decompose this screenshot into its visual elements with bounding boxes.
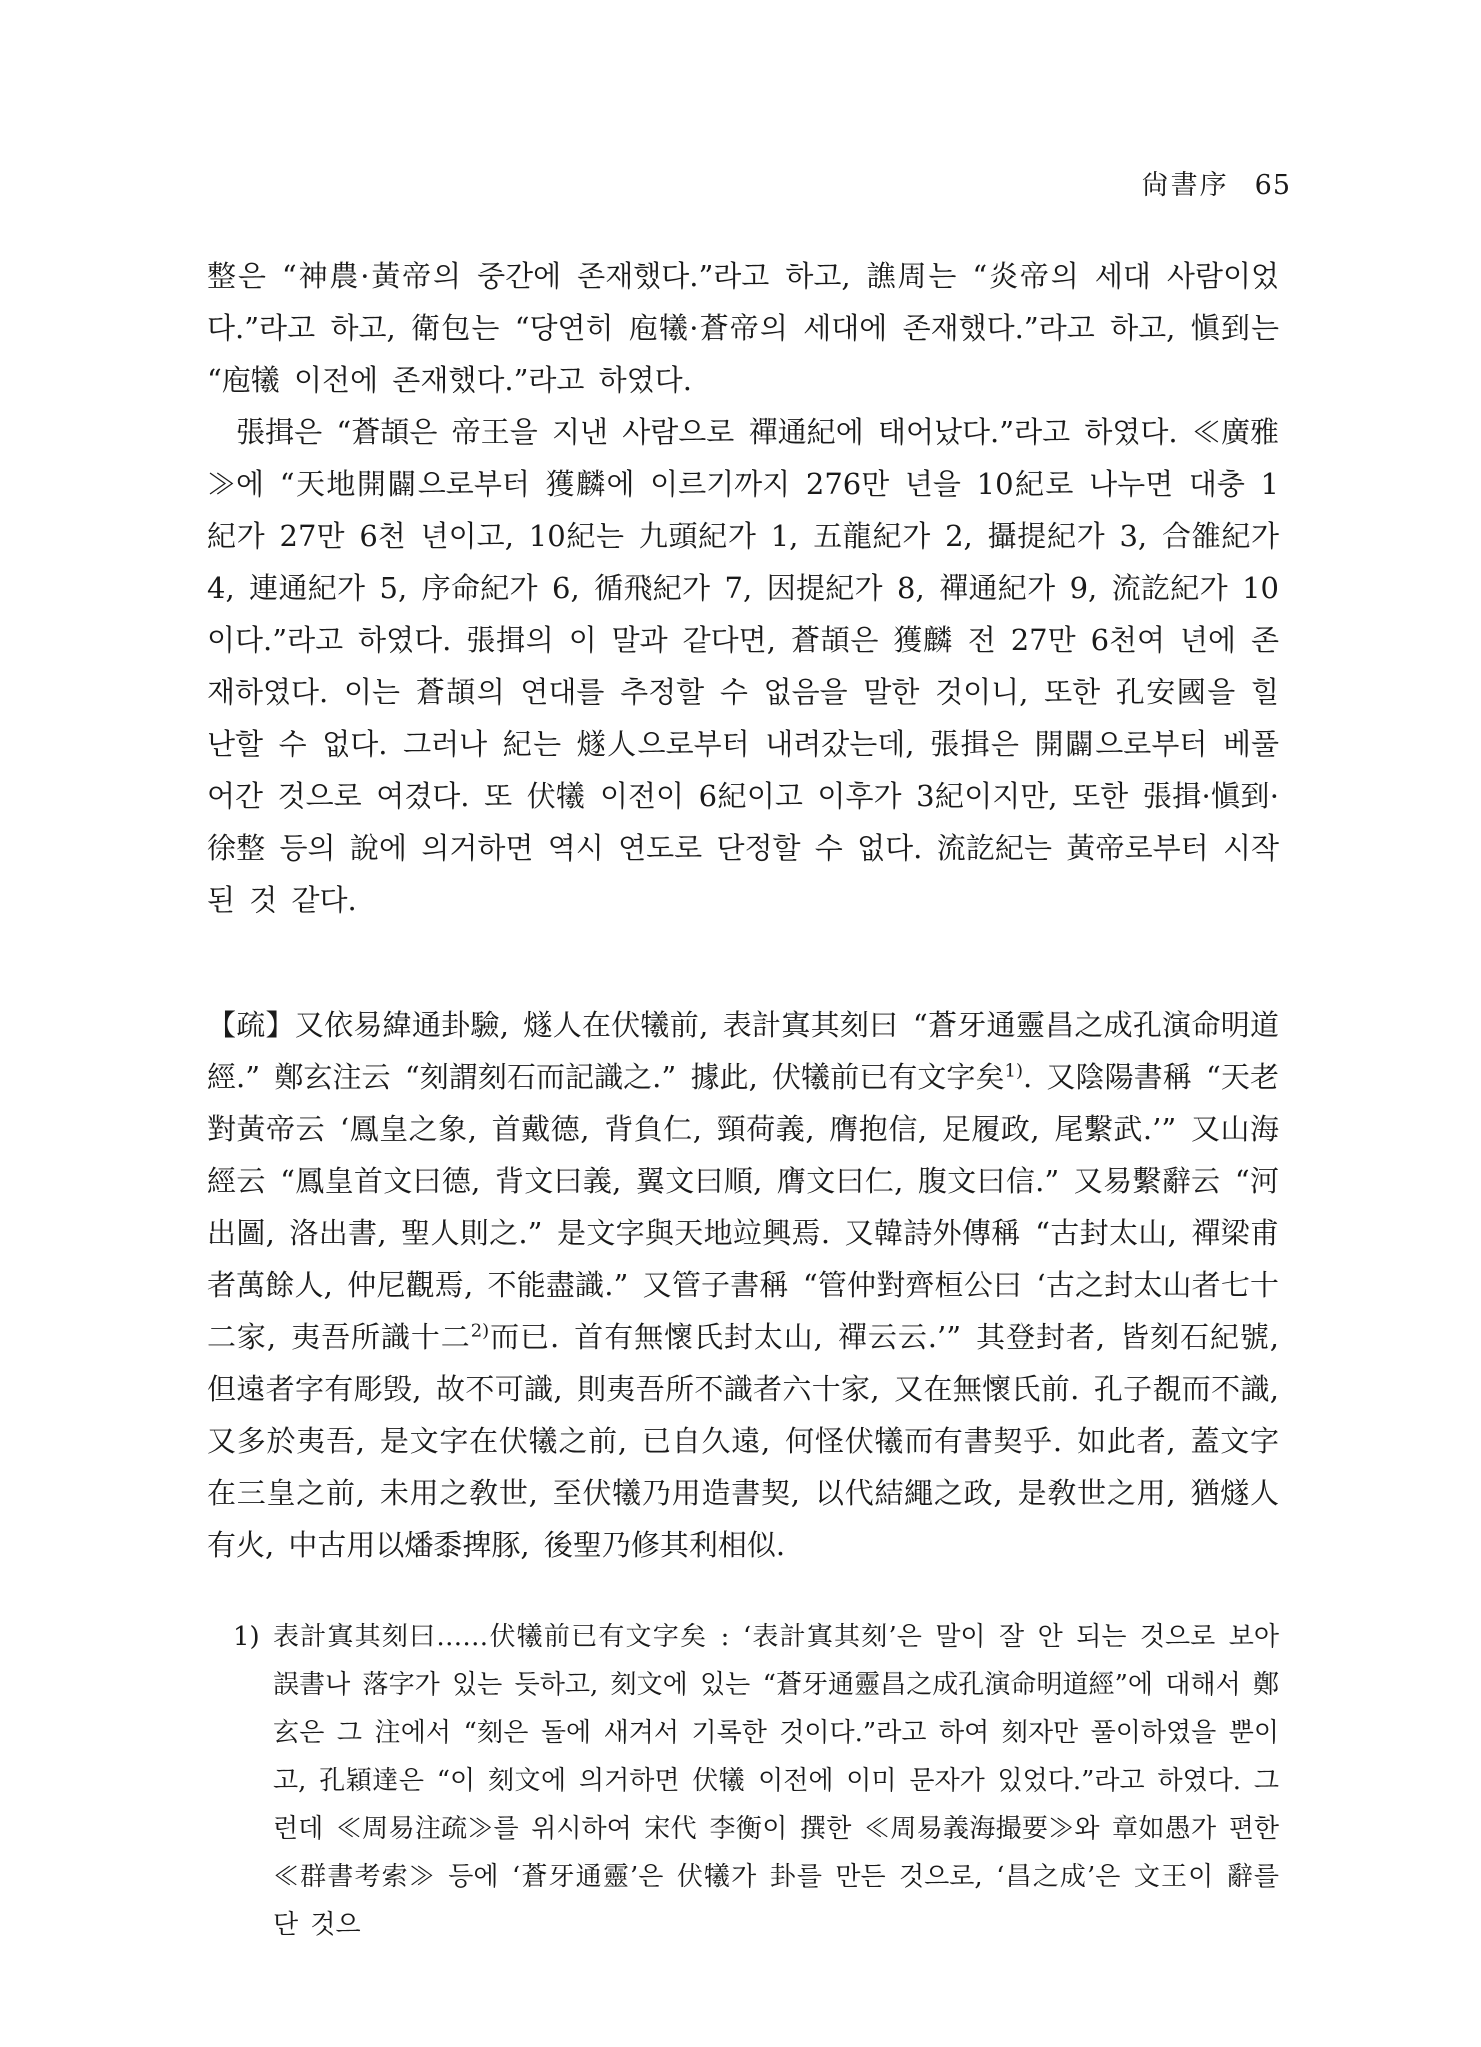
footnote-ref: 1) [1005,1060,1023,1081]
header-page-number: 65 [1255,170,1291,201]
translation-paragraph-1: 整은 “神農·黃帝의 중간에 존재했다.”라고 하고, 譙周는 “炎帝의 세대 … [207,250,1279,406]
footnotes-section: 1)表計寘其刻曰……伏犧前已有文字矣 : ‘表計寘其刻’은 말이 잘 안 되는 … [207,1613,1279,1949]
body-paragraphs: 整은 “神農·黃帝의 중간에 존재했다.”라고 하고, 譙周는 “炎帝의 세대 … [207,250,1279,1571]
commentary-paragraph: 【疏】又依易緯通卦驗, 燧人在伏犧前, 表計寘其刻曰 “蒼牙通靈昌之成孔演命明道… [207,999,1279,1571]
footnote-text: 表計寘其刻曰……伏犧前已有文字矣 : ‘表計寘其刻’은 말이 잘 안 되는 것으… [273,1622,1279,1940]
footnote-ref: 2) [471,1320,489,1341]
translation-paragraph-2: 張揖은 “蒼頡은 帝王을 지낸 사람으로 禪通紀에 태어났다.”라고 하였다. … [207,406,1279,926]
page-content: 整은 “神農·黃帝의 중간에 존재했다.”라고 하고, 譙周는 “炎帝의 세대 … [207,250,1279,1949]
running-header: 尙書序65 [0,168,1291,204]
footnote-item: 1)表計寘其刻曰……伏犧前已有文字矣 : ‘表計寘其刻’은 말이 잘 안 되는 … [207,1613,1279,1949]
footnote-marker: 1) [233,1613,260,1661]
document-page: 尙書序65 整은 “神農·黃帝의 중간에 존재했다.”라고 하고, 譙周는 “炎… [0,0,1481,2047]
header-title: 尙書序 [1142,170,1229,201]
